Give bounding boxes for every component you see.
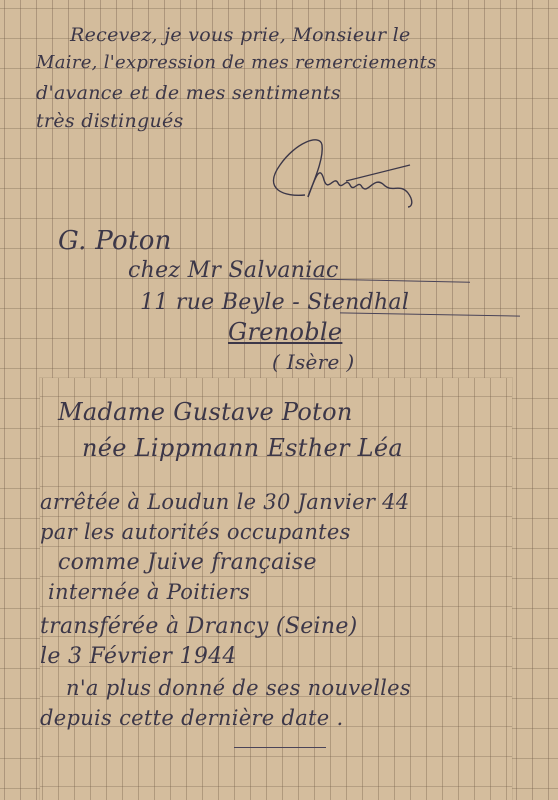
closing-line-1: Recevez, je vous prie, Monsieur le (70, 24, 411, 46)
letter-page: Recevez, je vous prie, Monsieur le Maire… (0, 0, 558, 800)
slip-line-6: le 3 Février 1944 (40, 644, 237, 669)
slip-name-line: Madame Gustave Poton (58, 398, 353, 426)
sender-name: G. Poton (58, 226, 172, 256)
closing-line-2: Maire, l'expression de mes remerciements (36, 52, 437, 73)
slip-line-1: arrêtée à Loudun le 30 Janvier 44 (40, 490, 410, 514)
slip-line-3: comme Juive française (58, 550, 317, 575)
closing-line-4: très distingués (36, 110, 184, 132)
slip-line-4: internée à Poitiers (48, 580, 250, 604)
slip-line-8: depuis cette dernière date . (40, 706, 343, 730)
sender-city: Grenoble (228, 318, 342, 346)
sender-department: ( Isère ) (272, 350, 354, 374)
slip-line-5: transférée à Drancy (Seine) (40, 614, 358, 639)
closing-dash (234, 747, 326, 748)
closing-line-3: d'avance et de mes sentiments (36, 82, 341, 104)
pasted-slip: Madame Gustave Poton née Lippmann Esther… (40, 378, 512, 800)
slip-birth-name-line: née Lippmann Esther Léa (82, 434, 403, 462)
slip-line-2: par les autorités occupantes (40, 520, 351, 544)
sender-street: 11 rue Beyle - Stendhal (140, 290, 409, 315)
signature (250, 135, 435, 210)
slip-line-7: n'a plus donné de ses nouvelles (66, 676, 411, 700)
